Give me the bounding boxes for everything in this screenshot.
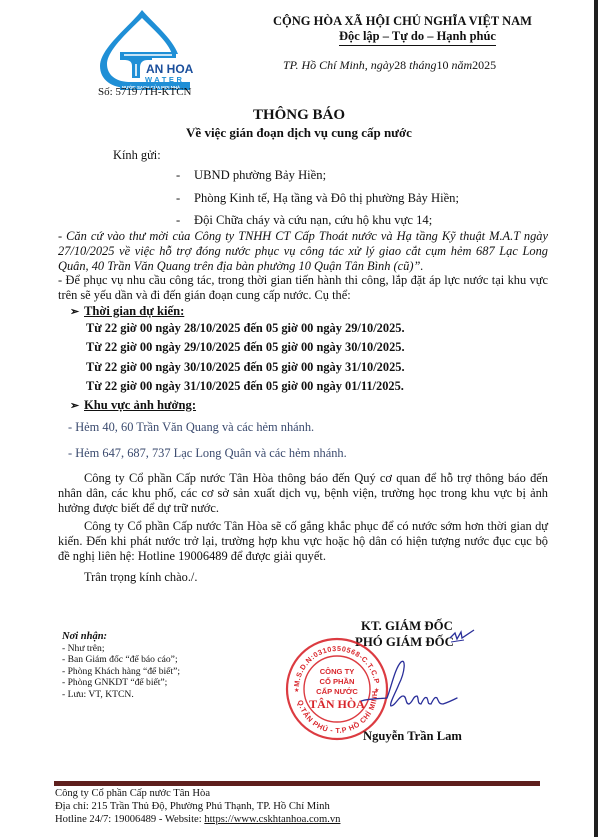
footer: Công ty Cổ phần Cấp nước Tân Hòa Địa chỉ…: [55, 788, 340, 826]
affected-areas-heading: ➢Khu vực ảnh hưởng:: [70, 398, 196, 413]
cc-item: - Phòng GNKDT “để biết”;: [62, 677, 180, 689]
footer-company: Công ty Cổ phần Cấp nước Tân Hòa: [55, 788, 340, 801]
schedule-list: Từ 22 giờ 00 ngày 28/10/2025 đến 05 giờ …: [86, 321, 405, 399]
svg-text:AN HOA: AN HOA: [146, 62, 194, 76]
schedule-item: Từ 22 giờ 00 ngày 30/10/2025 đến 05 giờ …: [86, 360, 405, 379]
svg-text:CÔNG TY: CÔNG TY: [320, 667, 355, 676]
document-title: THÔNG BÁO: [0, 107, 598, 124]
schedule-item: Từ 22 giờ 00 ngày 28/10/2025 đến 05 giờ …: [86, 321, 405, 340]
schedule-heading: ➢Thời gian dự kiến:: [70, 304, 184, 319]
arrow-bullet-icon: ➢: [70, 399, 84, 412]
area-item: - Hẻm 40, 60 Trần Văn Quang và các hẻm n…: [68, 420, 347, 446]
place-date: TP. Hồ Chí Minh, ngày28 tháng10 năm2025: [283, 58, 496, 73]
svg-text:TÂN HÒA: TÂN HÒA: [309, 697, 365, 711]
affected-areas-list: - Hẻm 40, 60 Trần Văn Quang và các hẻm n…: [68, 420, 347, 472]
handwritten-signature: [361, 658, 471, 718]
cc-title: Nơi nhận:: [62, 631, 180, 643]
area-item: - Hẻm 647, 687, 737 Lạc Long Quân và các…: [68, 446, 347, 472]
national-title: CỘNG HÒA XÃ HỘI CHỦ NGHĨA VIỆT NAM: [273, 14, 532, 29]
cc-item: - Phòng Khách hàng “để biết”;: [62, 666, 180, 678]
footer-divider: [54, 781, 540, 786]
svg-text:★: ★: [294, 687, 299, 694]
arrow-bullet-icon: ➢: [70, 305, 84, 318]
purpose-paragraph: - Để phục vụ nhu cầu công tác, trong thờ…: [58, 273, 548, 303]
document-subtitle: Về việc gián đoạn dịch vụ cung cấp nước: [0, 125, 598, 141]
document-number: Số: 5719 /TH-KTCN: [98, 86, 192, 98]
schedule-item: Từ 22 giờ 00 ngày 31/10/2025 đến 05 giờ …: [86, 379, 405, 398]
cc-item: - Lưu: VT, KTCN.: [62, 689, 180, 701]
initial-mark: [448, 628, 476, 644]
commitment-paragraph: Công ty Cổ phần Cấp nước Tân Hòa sẽ cố g…: [58, 519, 548, 564]
svg-text:CẤP NƯỚC: CẤP NƯỚC: [316, 686, 358, 696]
recipient-list: -UBND phường Bảy Hiền; -Phòng Kinh tế, H…: [176, 168, 459, 236]
cc-item: - Ban Giám đốc “để báo cáo”;: [62, 654, 180, 666]
recipient-item: -Phòng Kinh tế, Hạ tầng và Đô thị phường…: [176, 191, 459, 214]
footer-address: Địa chỉ: 215 Trần Thủ Độ, Phường Phú Thạ…: [55, 801, 340, 814]
recipient-item: -UBND phường Bảy Hiền;: [176, 168, 459, 191]
basis-paragraph: - Căn cứ vào thư mời của Công ty TNHH CT…: [58, 229, 548, 274]
svg-text:WATER: WATER: [145, 75, 185, 84]
closing-line: Trân trọng kính chào./.: [84, 570, 197, 585]
national-motto: Độc lập – Tự do – Hạnh phúc: [339, 29, 496, 46]
footer-contact: Hotline 24/7: 19006489 - Website: https:…: [55, 814, 340, 827]
schedule-item: Từ 22 giờ 00 ngày 29/10/2025 đến 05 giờ …: [86, 340, 405, 359]
notice-paragraph: Công ty Cổ phần Cấp nước Tân Hòa thông b…: [58, 471, 548, 516]
website-link[interactable]: https://www.cskhtanhoa.com.vn: [204, 814, 340, 825]
cc-item: - Như trên;: [62, 643, 180, 655]
cc-list: Nơi nhận: - Như trên; - Ban Giám đốc “để…: [62, 631, 180, 700]
svg-text:CỔ PHẦN: CỔ PHẦN: [319, 676, 354, 686]
signer-name: Nguyễn Trần Lam: [363, 729, 462, 744]
signature-title-director: KT. GIÁM ĐỐC: [361, 619, 453, 634]
tan-hoa-water-logo: AN HOA WATER NƯỚC SẠCH CỦA MỌI NHÀ: [90, 8, 200, 90]
greeting: Kính gửi:: [113, 148, 161, 163]
